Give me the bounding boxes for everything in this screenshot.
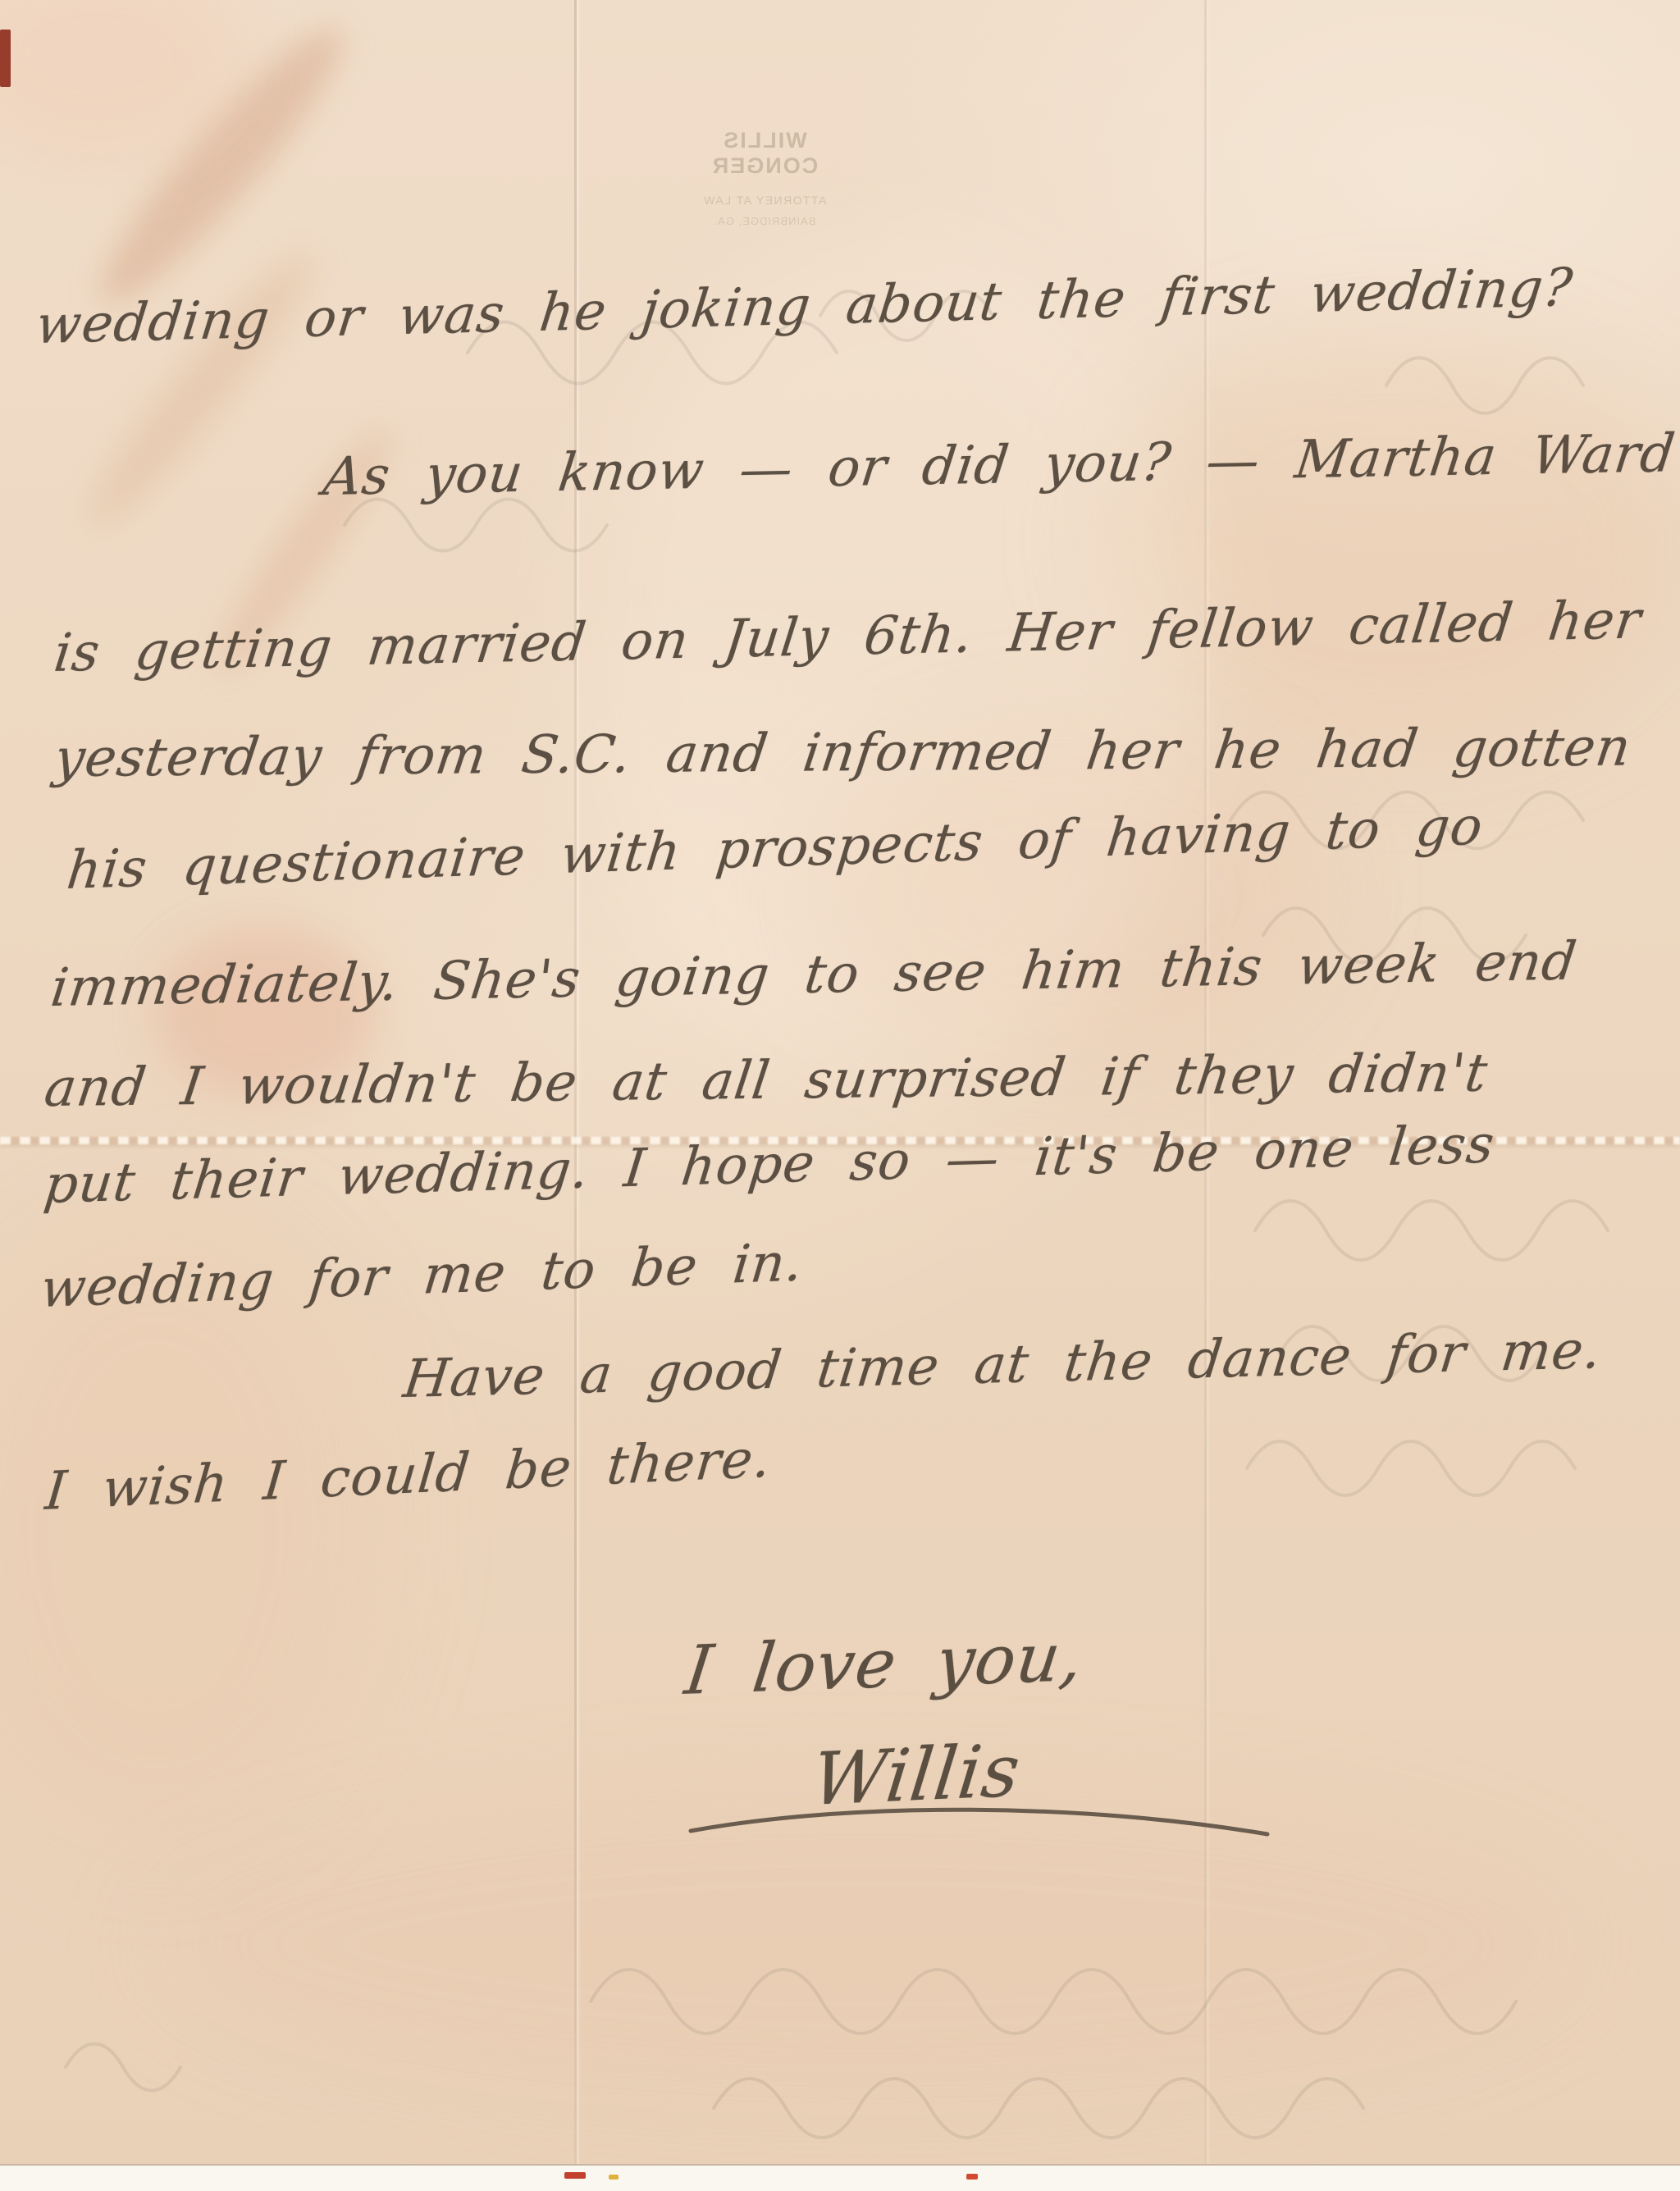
yellow-speck <box>609 2175 619 2180</box>
closing-valediction: I love you, <box>681 1618 1088 1710</box>
stain-diagonal-top <box>77 7 366 324</box>
stain-corner-top-left <box>0 0 246 164</box>
letterhead-title: ATTORNEY AT LAW <box>666 194 863 207</box>
ghost-writing-squiggles <box>66 291 1608 2138</box>
signature: Willis <box>808 1728 1025 1822</box>
letterhead-location: BAINBRIDGE, GA. <box>666 215 863 227</box>
letter-line-11: I wish I could be there. <box>43 1428 774 1522</box>
left-edge-red-mark <box>0 30 11 87</box>
stain-warm-right <box>1099 328 1680 755</box>
stain-diagonal-mid <box>67 235 334 545</box>
page-bottom-edge <box>0 2164 1680 2191</box>
letter-line-7: and I wouldn't be at all surprised if th… <box>41 1043 1491 1119</box>
letter-page: WILLIS CONGER ATTORNEY AT LAW BAINBRIDGE… <box>0 0 1680 2191</box>
red-speck <box>966 2174 978 2180</box>
letter-line-10: Have a good time at the dance for me. <box>400 1320 1605 1410</box>
letter-line-8: put their wedding. I hope so — it's be o… <box>41 1114 1498 1216</box>
letterhead-show-through: WILLIS CONGER ATTORNEY AT LAW BAINBRIDGE… <box>666 128 863 227</box>
letterhead-name: WILLIS CONGER <box>666 128 863 179</box>
letter-line-4: yesterday from S.C. and informed her he … <box>51 718 1635 789</box>
red-speck <box>564 2172 586 2179</box>
letter-line-9: wedding for me to be in. <box>38 1232 806 1320</box>
letter-line-3: is getting married on July 6th. Her fell… <box>51 590 1645 684</box>
stain-warm-bottom <box>148 1788 1583 2100</box>
letter-line-2: As you know — or did you? — Martha Ward <box>320 423 1678 508</box>
letter-line-1: wedding or was he joking about the first… <box>33 258 1576 356</box>
letter-line-6: immediately. She's going to see him this… <box>48 931 1580 1019</box>
letter-line-5: his questionaire with prospects of havin… <box>64 796 1486 902</box>
